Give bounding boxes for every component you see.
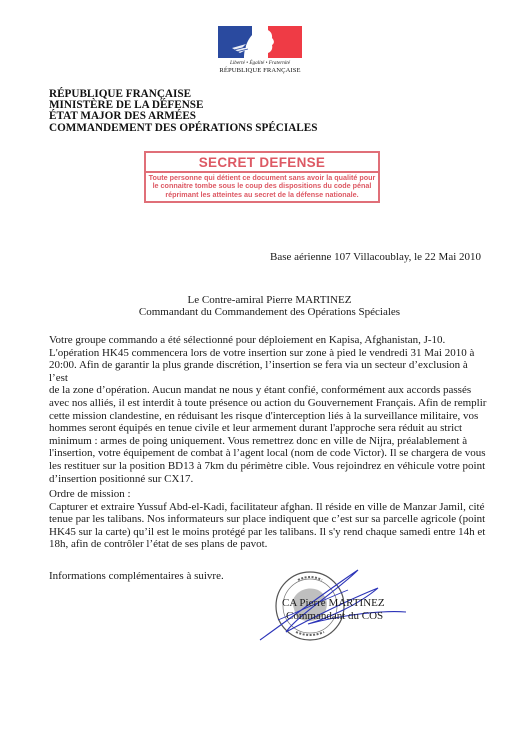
- republique-francaise-logo: Liberté • Égalité • Fraternité RÉPUBLIQU…: [218, 14, 302, 78]
- body-line: 18h, afin de contrôler l’état de ses pla…: [49, 538, 489, 551]
- signatory-role: Commandant du COS: [286, 610, 383, 622]
- dateline: Base aérienne 107 Villacoublay, le 22 Ma…: [270, 251, 481, 263]
- letterhead-line: ÉTAT MAJOR DES ARMÉES: [49, 111, 317, 122]
- body-line: les restituer sur la position BD13 à 7km…: [49, 460, 489, 473]
- classification-stamp: SECRET DEFENSE Toute personne qui détien…: [144, 151, 380, 203]
- classification-title: SECRET DEFENSE: [146, 156, 378, 170]
- body-line: L'opération HK45 commencera lors de votr…: [49, 347, 489, 360]
- body-line: tenue par les talibans. Nos informateurs…: [49, 513, 489, 526]
- body-line: Votre groupe commando a été sélectionné …: [49, 334, 489, 347]
- body-line: l'insertion, votre équipement de combat …: [49, 447, 489, 460]
- addressee-block: Le Contre-amiral Pierre MARTINEZ Command…: [0, 294, 519, 318]
- signature-block: CA Pierre MARTINEZ Commandant du COS: [258, 560, 408, 660]
- marianne-logo-icon: [218, 26, 302, 58]
- body-line: 20:00. Afin de garantir la plus grande d…: [49, 359, 489, 384]
- body-line: hommes seront équipés en tenue civile et…: [49, 422, 489, 435]
- addressee-name: Le Contre-amiral Pierre MARTINEZ: [0, 294, 519, 306]
- mission-order-label: Ordre de mission :: [49, 488, 489, 501]
- body-line: avec nos alliés, il est interdit à toute…: [49, 397, 489, 410]
- logo-label: RÉPUBLIQUE FRANÇAISE: [218, 67, 302, 74]
- body-line: minimum : armes de poing uniquement. Vou…: [49, 435, 489, 448]
- mission-order-paragraph: Capturer et extraire Yussuf Abd-el-Kadi,…: [49, 501, 489, 551]
- letterhead: RÉPUBLIQUE FRANÇAISE MINISTÈRE DE LA DÉF…: [49, 89, 317, 134]
- signatory-name: CA Pierre MARTINEZ: [282, 597, 385, 609]
- letterhead-line: COMMANDEMENT DES OPÉRATIONS SPÉCIALES: [49, 123, 317, 134]
- addressee-title: Commandant du Commandement des Opération…: [0, 306, 519, 318]
- body-line: cette mission clandestine, en réduisant …: [49, 410, 489, 423]
- body-line: HK45 sur la carte) qu’il est le moins pr…: [49, 526, 489, 539]
- logo-motto: Liberté • Égalité • Fraternité: [218, 60, 302, 66]
- body-line: Capturer et extraire Yussuf Abd-el-Kadi,…: [49, 501, 489, 514]
- body-line: de la zone d’opération. Aucun mandat ne …: [49, 384, 489, 397]
- classification-notice: Toute personne qui détient ce document s…: [146, 174, 378, 199]
- body-paragraph-1: Votre groupe commando a été sélectionné …: [49, 334, 489, 485]
- body-line: d’insertion positionné sur CX17.: [49, 473, 489, 486]
- classification-notice-line: réprimant les atteintes au secret de la …: [146, 191, 378, 199]
